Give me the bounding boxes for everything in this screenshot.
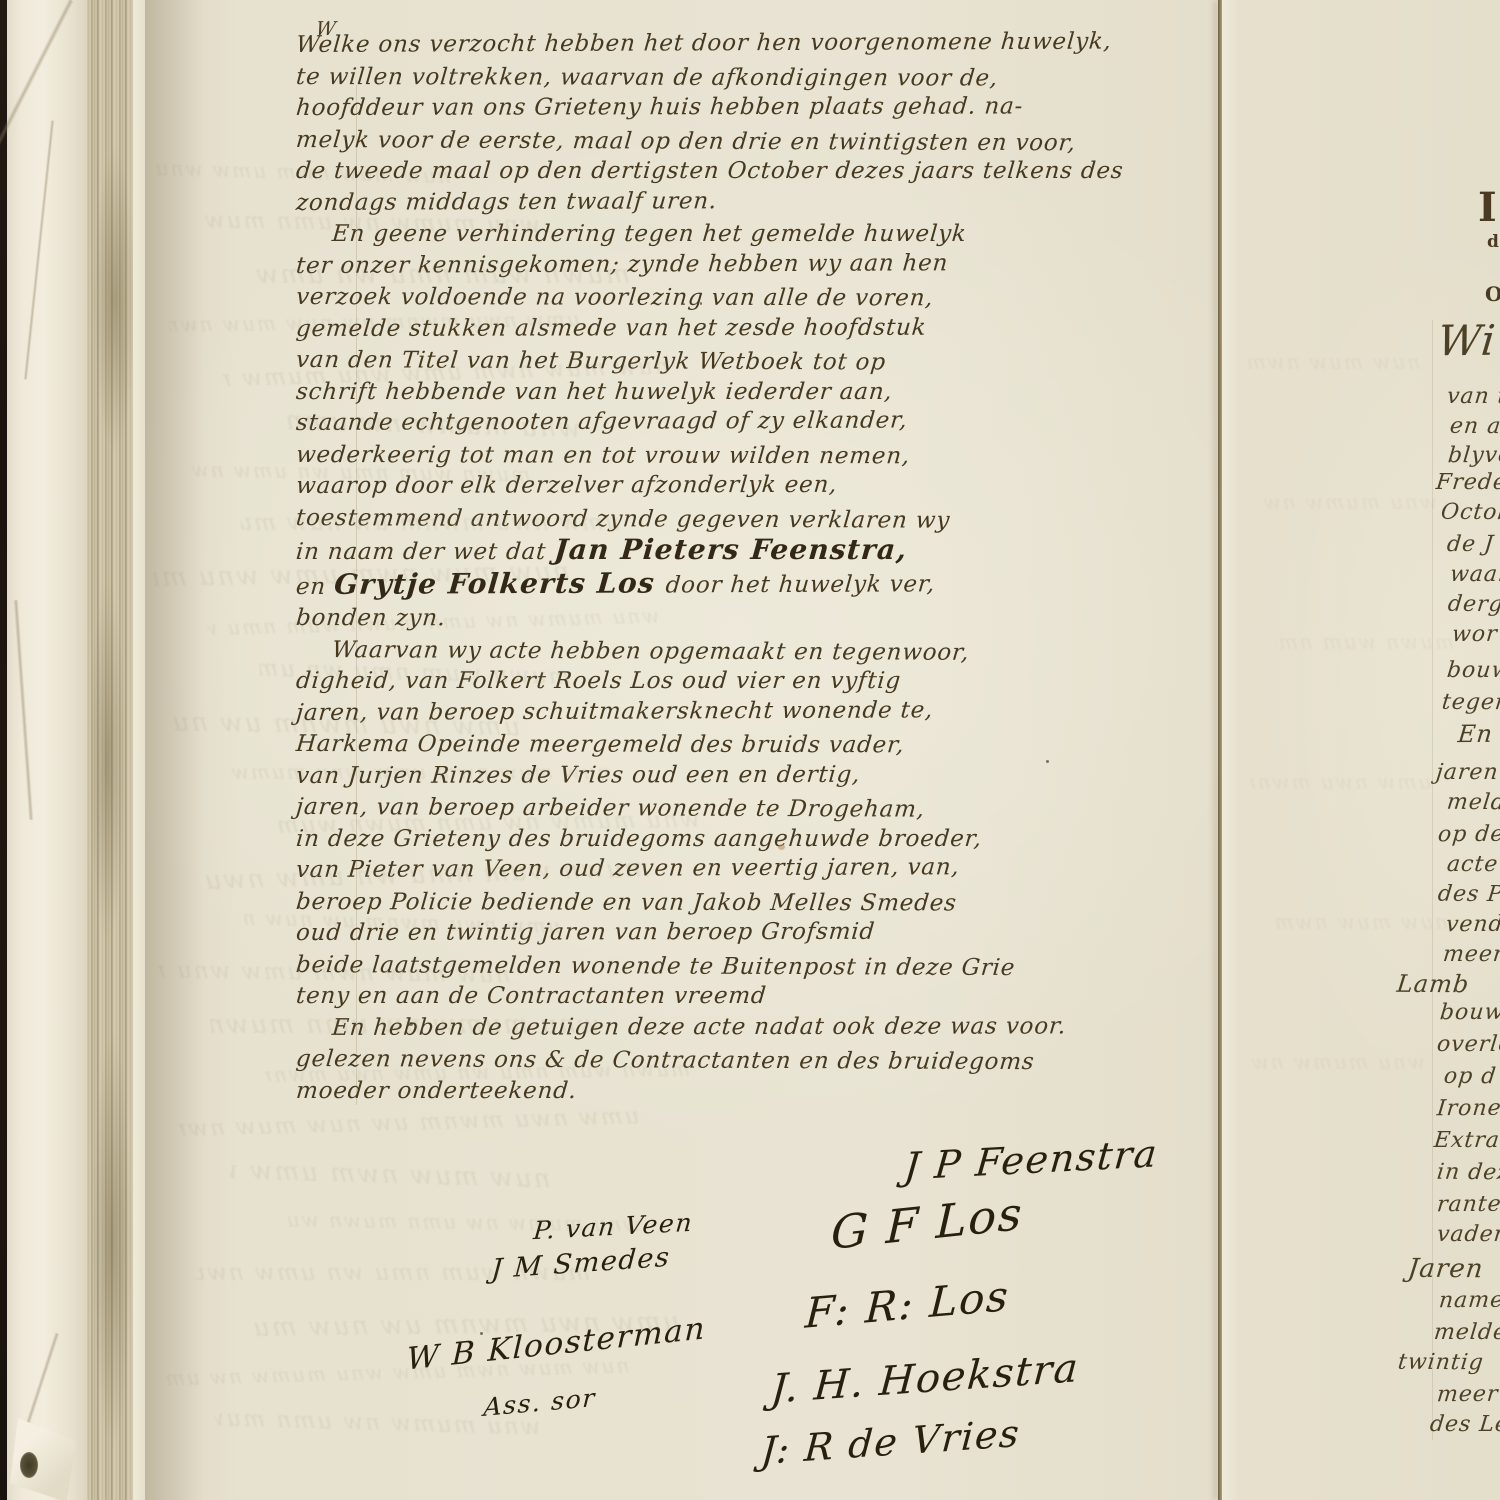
right-page-line: van t [1446, 384, 1500, 409]
right-page-line: bouw [1439, 1000, 1500, 1025]
bleedthrough-line: nuw muw nwm umw wnu mumw nw umn [153, 557, 572, 593]
right-page-line: meer [1442, 942, 1500, 967]
bleedthrough-line: wnu mumw nw umn muwn wum nmu wn [282, 1208, 642, 1237]
bleedthrough-line: nuw muw nwm umw wnu mumw nw umn [157, 958, 512, 989]
printed-heading-fragment: O [1485, 282, 1500, 306]
book-cover-edge [0, 0, 7, 1500]
book-scan: { "document": { "kind": "handwritten-civ… [0, 0, 1500, 1500]
right-page-line: de J [1446, 532, 1495, 557]
ink-speck [700, 302, 702, 305]
right-page-line: twintig [1397, 1350, 1486, 1376]
bleedthrough-line: wnu mumw nw umn muwn wum nmu wn [202, 208, 542, 239]
bleedthrough-line: muwn wum nmu wn umw nwu mwnm uw [195, 1260, 592, 1286]
right-page-line: tegen [1441, 690, 1500, 715]
bleedthrough-line: umw nwu mwnm uw nuw muw nwm umw [240, 510, 622, 536]
bleedthrough-line: wnu mumw nw umn muwn wum nmu wn [209, 1010, 601, 1040]
bleedthrough-line: muwn wum nmu wn [1273, 630, 1456, 654]
right-page-line: des Leg [1429, 1412, 1500, 1437]
paper-crease [13, 600, 33, 820]
right-page-line: meld [1446, 790, 1500, 815]
right-page-line: vend [1445, 912, 1500, 937]
right-page-line: Irone [1436, 1096, 1500, 1121]
paper-stain [778, 844, 785, 850]
right-page-line: name [1438, 1288, 1500, 1313]
right-page-line: waar [1449, 562, 1500, 587]
right-page-line: op d [1443, 1064, 1498, 1089]
page-edge-ridge [133, 0, 145, 1500]
manuscript-line: hoofddeur van ons Grieteny huis hebben p… [295, 91, 1226, 124]
right-page-line: en ala [1449, 414, 1500, 440]
bleedthrough-line: muwn wum nmu wn umw nwu mwnm uw [187, 458, 532, 487]
paper-crease [23, 121, 54, 380]
right-page-line: derge [1447, 592, 1500, 617]
manuscript-line: Welke ons verzocht hebben het door hen v… [295, 26, 1226, 61]
bleedthrough-line: wnu mumw nw umn [1244, 1050, 1427, 1074]
right-page-line: En [1457, 720, 1495, 748]
printed-heading-fragment: I [1478, 184, 1497, 231]
right-page-line: in dez [1436, 1160, 1500, 1186]
bleedthrough-line: nuw muw nwm umw [1239, 350, 1422, 374]
right-page-line: Frederi [1435, 470, 1500, 495]
right-page-line: wor [1451, 622, 1499, 647]
paragraph: Welke ons verzocht hebben het door hen v… [296, 30, 1224, 219]
right-page-line: melde [1433, 1320, 1500, 1345]
bleedthrough-line: nuw muw nwm umw [1267, 910, 1450, 934]
right-page-line: rante [1436, 1192, 1500, 1217]
bleedthrough-line: umw nwu mwnm uw nuw muw nwm umw [248, 1307, 682, 1343]
manuscript-line: te willen voltrekken, waarvan de afkondi… [295, 62, 1226, 95]
right-page-line: des Pyp [1437, 882, 1500, 908]
manuscript-line: melyk voor de eerste, maal op den drie e… [295, 125, 1226, 160]
text-segment: door het huwelyk ver, [665, 571, 937, 598]
right-page-line: blyve [1447, 443, 1500, 468]
right-page-line: Jaren [1406, 1254, 1485, 1285]
right-page-line: op den [1437, 822, 1500, 848]
right-page-line: overle [1436, 1032, 1500, 1057]
bleedthrough-line: wnu mumw nw umn [1256, 490, 1439, 514]
right-page-line: Octobe [1440, 500, 1500, 526]
paper-crease [0, 0, 74, 171]
right-page-line: vader [1436, 1222, 1500, 1247]
right-page-line: acte [1446, 852, 1500, 877]
bleedthrough-line: muwn wum nmu wn umw nwu mwnm uw [254, 260, 631, 290]
spouse-name: Jan Pieters Feenstra, [553, 533, 909, 566]
right-page-line: Extrac [1433, 1128, 1500, 1153]
bleedthrough-line: umw nwu mwnm uw [1250, 770, 1433, 794]
printed-heading-fragment: de [1487, 232, 1500, 252]
right-page-line: meer [1436, 1382, 1500, 1407]
right-page-line: bouw [1446, 658, 1500, 683]
right-page-line: jaren [1435, 760, 1500, 785]
flyleaf-page [7, 0, 87, 1500]
right-page-line: Lamb [1395, 970, 1470, 999]
right-page-line: Wi [1436, 316, 1499, 365]
bleedthrough-line: umw nwu mwnm uw nuw muw nwm umw [171, 708, 521, 743]
paper-hole [20, 1452, 38, 1478]
page-edges-stain [87, 0, 133, 1500]
bleedthrough-line: nuw muw nwm umw wnu mumw nw umn [225, 760, 612, 784]
ink-speck [1046, 760, 1049, 763]
